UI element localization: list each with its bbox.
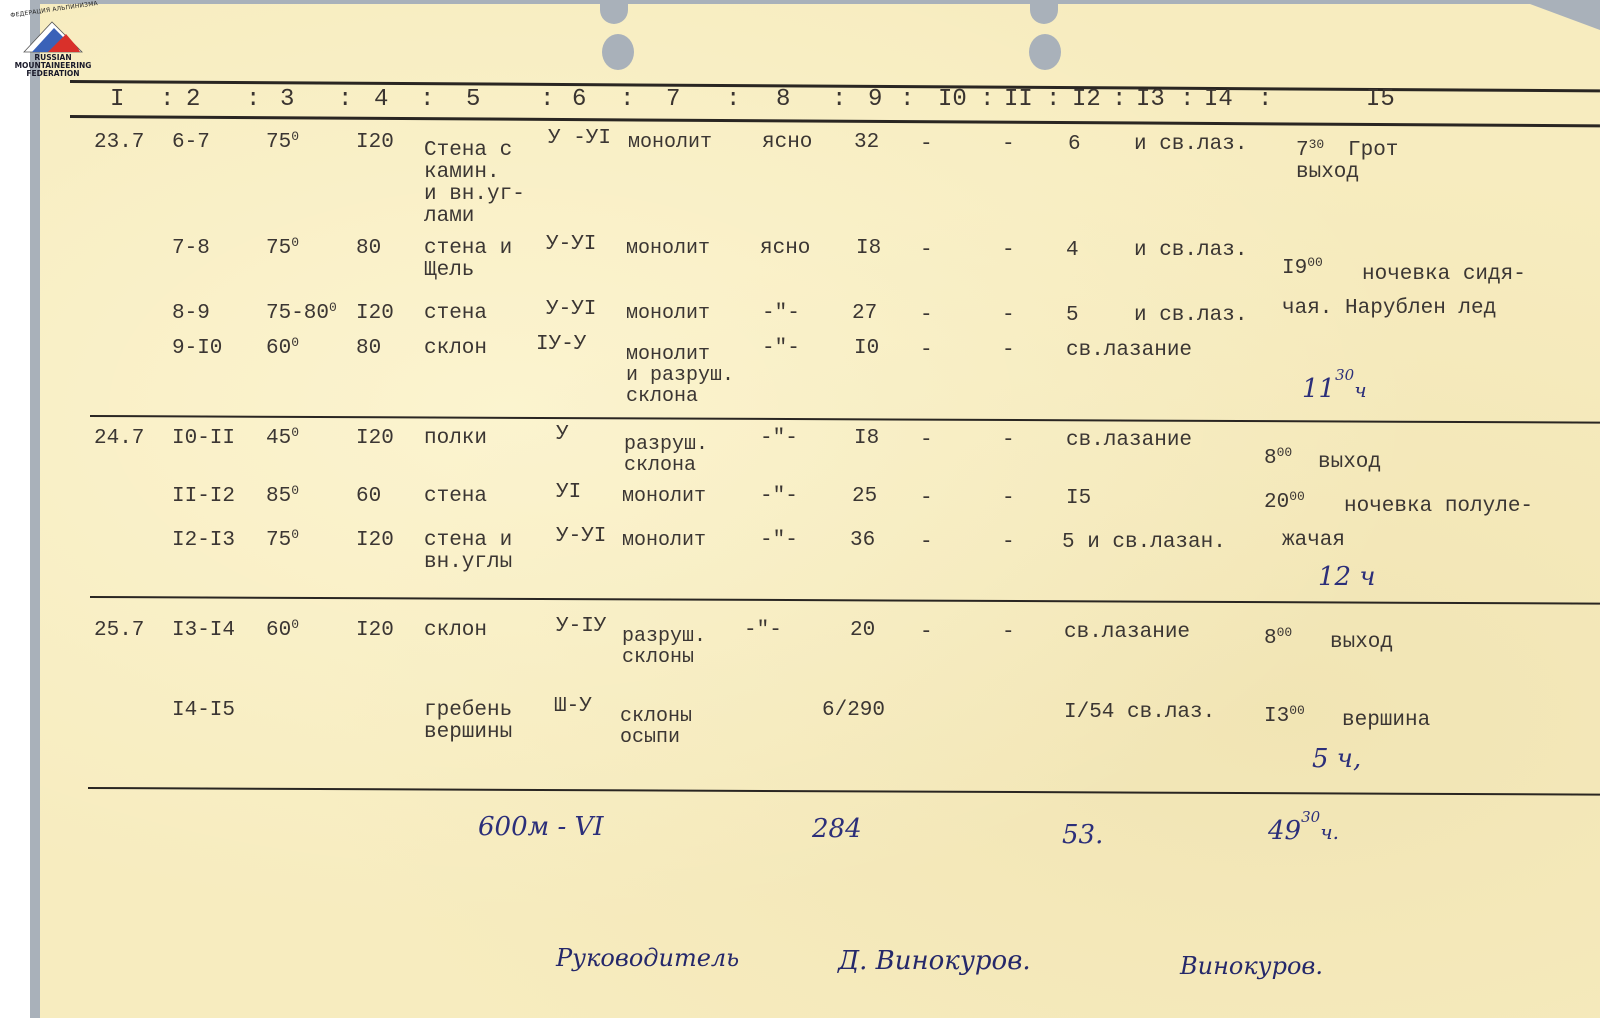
column-header-14: I4 bbox=[1204, 86, 1233, 113]
cell-pitons: 25 bbox=[852, 486, 877, 508]
cell-weather: -"- bbox=[760, 486, 798, 508]
cell-col12: 6 bbox=[1068, 134, 1081, 156]
summary-pitons: 284 bbox=[812, 814, 862, 844]
cell-notes: ночевка сидя- bbox=[1362, 264, 1526, 286]
column-separator: : bbox=[620, 86, 634, 113]
time-minutes: 00 bbox=[1277, 445, 1293, 460]
column-separator: : bbox=[1180, 86, 1194, 113]
cell-time: I300 bbox=[1264, 706, 1305, 728]
cell-section: 9-I0 bbox=[172, 338, 222, 360]
column-separator: : bbox=[338, 86, 352, 113]
cell-col11: - bbox=[1002, 488, 1015, 510]
cell-col12: св.лазание bbox=[1066, 340, 1192, 362]
cell-notes: выход bbox=[1318, 452, 1381, 474]
time-minutes: 00 bbox=[1307, 255, 1323, 270]
summary-time-base: 49 bbox=[1268, 816, 1301, 846]
cell-col10: - bbox=[920, 240, 933, 262]
cell-terrain: монолит bbox=[628, 132, 712, 153]
column-header-9: 9 bbox=[868, 86, 882, 113]
cell-length: I20 bbox=[356, 620, 394, 642]
cell-notes: ночевка полуле- bbox=[1344, 496, 1533, 518]
cell-grade: У-УI bbox=[546, 299, 596, 321]
cell-col11: - bbox=[1002, 532, 1015, 554]
hand-day1-suffix: ч bbox=[1354, 378, 1366, 402]
column-separator: : bbox=[980, 86, 994, 113]
cell-steepness: 850 bbox=[266, 486, 299, 508]
column-separator: : bbox=[246, 86, 260, 113]
cell-relief: стена и вн.углы bbox=[424, 530, 512, 574]
cell-col11: - bbox=[1002, 134, 1015, 156]
column-header-10: I0 bbox=[938, 86, 967, 113]
cell-date: 25.7 bbox=[94, 620, 144, 642]
cell-length: 80 bbox=[356, 338, 381, 360]
hand-day1-base: 11 bbox=[1302, 374, 1335, 404]
summary-time-sup: 30 bbox=[1301, 808, 1320, 826]
cell-weather: -"- bbox=[760, 530, 798, 552]
handwritten-day3-total: 5 ч, bbox=[1312, 744, 1361, 774]
cell-notes: выход bbox=[1330, 632, 1393, 654]
summary-length-grade: 600м - VI bbox=[478, 812, 604, 842]
cell-col12: I/54 св.лаз. bbox=[1064, 702, 1215, 724]
cell-section: I3-I4 bbox=[172, 620, 235, 642]
time-minutes: 00 bbox=[1289, 489, 1305, 504]
punch-hole bbox=[602, 34, 634, 70]
cell-weather: -"- bbox=[760, 428, 798, 450]
signature-name: Винокуров. bbox=[1180, 952, 1323, 980]
cell-length: I20 bbox=[356, 428, 394, 450]
cell-time: 730 bbox=[1296, 140, 1324, 162]
logo-line3: FEDERATION bbox=[4, 70, 102, 78]
cell-relief: склон bbox=[424, 338, 487, 360]
cell-terrain: разруш. склона bbox=[624, 434, 708, 476]
cell-weather: -"- bbox=[744, 620, 782, 642]
handwritten-day2-total: 12 ч bbox=[1318, 562, 1376, 592]
cell-steepness: 600 bbox=[266, 338, 299, 360]
cell-notes-cont: выход bbox=[1296, 162, 1359, 184]
cell-section: II-I2 bbox=[172, 486, 235, 508]
cell-relief: стена bbox=[424, 303, 487, 325]
column-header-1: I bbox=[110, 86, 124, 113]
cell-terrain: монолит и разруш. склона bbox=[626, 344, 734, 407]
cell-terrain: склоны осыпи bbox=[620, 706, 692, 748]
logo-text: RUSSIAN MOUNTAINEERING FEDERATION bbox=[4, 54, 102, 78]
cell-relief: Стена с камин. и вн.уг- лами bbox=[424, 140, 525, 228]
column-header-8: 8 bbox=[776, 86, 790, 113]
cell-col13: и св.лаз. bbox=[1134, 305, 1247, 327]
cell-pitons: I8 bbox=[854, 428, 879, 450]
degree-mark: 0 bbox=[291, 425, 299, 440]
cell-pitons: 32 bbox=[854, 132, 879, 154]
cell-col10: - bbox=[920, 488, 933, 510]
column-header-12: I2 bbox=[1072, 86, 1101, 113]
column-separator: : bbox=[160, 86, 174, 113]
cell-time: 2000 bbox=[1264, 492, 1305, 514]
federation-logo: ФЕДЕРАЦИЯ АЛЬПИНИЗМА РОССИИ RUSSIAN MOUN… bbox=[4, 4, 96, 82]
cell-relief: стена и Щель bbox=[424, 238, 512, 282]
cell-section: 6-7 bbox=[172, 132, 210, 154]
cell-terrain: монолит bbox=[622, 530, 706, 551]
cell-steepness: 600 bbox=[266, 620, 299, 642]
cell-col10: - bbox=[920, 532, 933, 554]
cell-grade: У-УI bbox=[556, 526, 606, 548]
cell-col10: - bbox=[920, 430, 933, 452]
punch-hole bbox=[1029, 34, 1061, 70]
cell-length: I20 bbox=[356, 132, 394, 154]
cell-col11: - bbox=[1002, 340, 1015, 362]
cell-pitons: I0 bbox=[854, 338, 879, 360]
cell-weather: -"- bbox=[762, 338, 800, 360]
column-header-5: 5 bbox=[466, 86, 480, 113]
cell-pitons: I8 bbox=[856, 238, 881, 260]
cell-notes-cont: чая. Нарублен лед bbox=[1282, 298, 1496, 320]
cell-section: 8-9 bbox=[172, 303, 210, 325]
cell-col10: - bbox=[920, 622, 933, 644]
column-separator: : bbox=[726, 86, 740, 113]
cell-col12: 4 bbox=[1066, 240, 1079, 262]
cell-col11: - bbox=[1002, 305, 1015, 327]
cell-length: I20 bbox=[356, 530, 394, 552]
cell-grade: У-УI bbox=[546, 234, 596, 256]
cell-time: 800 bbox=[1264, 448, 1292, 470]
cell-section: 7-8 bbox=[172, 238, 210, 260]
cell-col10: - bbox=[920, 134, 933, 156]
column-header-7: 7 bbox=[666, 86, 680, 113]
column-header-6: 6 bbox=[572, 86, 586, 113]
cell-col13: и св.лаз. bbox=[1134, 240, 1247, 262]
signature-role: Руководитель bbox=[556, 944, 739, 972]
cell-grade: УI bbox=[556, 482, 581, 504]
cell-pitons: 6/290 bbox=[822, 700, 885, 722]
cell-col12: св.лазание bbox=[1066, 430, 1192, 452]
column-header-13: I3 bbox=[1136, 86, 1165, 113]
cell-notes: вершина bbox=[1342, 710, 1430, 732]
column-separator: : bbox=[1112, 86, 1126, 113]
cell-col12: св.лазание bbox=[1064, 622, 1190, 644]
cell-section: I2-I3 bbox=[172, 530, 235, 552]
column-separator: : bbox=[1258, 86, 1272, 113]
cell-section: I4-I5 bbox=[172, 700, 235, 722]
column-header-2: 2 bbox=[186, 86, 200, 113]
degree-mark: 0 bbox=[291, 129, 299, 144]
degree-mark: 0 bbox=[291, 483, 299, 498]
cell-pitons: 36 bbox=[850, 530, 875, 552]
cell-terrain: монолит bbox=[626, 238, 710, 259]
cell-steepness: 450 bbox=[266, 428, 299, 450]
time-minutes: 00 bbox=[1277, 625, 1293, 640]
column-separator: : bbox=[1046, 86, 1060, 113]
cell-col10: - bbox=[920, 340, 933, 362]
cell-grade: У bbox=[556, 424, 569, 446]
cell-relief: стена bbox=[424, 486, 487, 508]
cell-col12: I5 bbox=[1066, 488, 1091, 510]
cell-pitons: 27 bbox=[852, 303, 877, 325]
degree-mark: 0 bbox=[291, 235, 299, 250]
time-minutes: 00 bbox=[1289, 703, 1305, 718]
cell-steepness: 750 bbox=[266, 238, 299, 260]
summary-time-suffix: ч. bbox=[1320, 820, 1339, 844]
cell-grade: У-IУ bbox=[556, 616, 606, 638]
degree-mark: 0 bbox=[291, 617, 299, 632]
time-minutes: 30 bbox=[1309, 137, 1325, 152]
signature-handwritten: Д. Винокуров. bbox=[838, 946, 1031, 976]
cell-steepness: 750 bbox=[266, 530, 299, 552]
cell-relief: склон bbox=[424, 620, 487, 642]
cell-col12: 5 bbox=[1066, 305, 1079, 327]
cell-grade: IУ-У bbox=[536, 334, 586, 356]
cell-notes: Грот bbox=[1348, 140, 1398, 162]
cell-time: I900 bbox=[1282, 258, 1323, 280]
cell-steepness: 75-800 bbox=[266, 303, 337, 325]
cell-col11: - bbox=[1002, 240, 1015, 262]
cell-section: I0-II bbox=[172, 428, 235, 450]
cell-weather: -"- bbox=[762, 303, 800, 325]
summary-bolts: 53. bbox=[1062, 820, 1103, 850]
cell-length: 60 bbox=[356, 486, 381, 508]
cell-col10: - bbox=[920, 305, 933, 327]
handwritten-day1-total: 1130ч bbox=[1302, 374, 1367, 404]
column-header-11: II bbox=[1004, 86, 1033, 113]
cell-weather: ясно bbox=[762, 132, 812, 154]
cell-steepness: 750 bbox=[266, 132, 299, 154]
cell-time: 800 bbox=[1264, 628, 1292, 650]
cell-relief: гребень вершины bbox=[424, 700, 512, 744]
cell-terrain: монолит bbox=[622, 486, 706, 507]
column-header-3: 3 bbox=[280, 86, 294, 113]
summary-total-time: 4930ч. bbox=[1268, 816, 1339, 846]
degree-mark: 0 bbox=[291, 527, 299, 542]
mountain-flag-icon bbox=[22, 18, 84, 54]
hand-day1-sup: 30 bbox=[1335, 366, 1354, 384]
column-separator: : bbox=[900, 86, 914, 113]
cell-date: 23.7 bbox=[94, 132, 144, 154]
column-separator: : bbox=[420, 86, 434, 113]
column-separator: : bbox=[540, 86, 554, 113]
cell-notes-cont: жачая bbox=[1282, 530, 1345, 552]
cell-date: 24.7 bbox=[94, 428, 144, 450]
column-separator: : bbox=[832, 86, 846, 113]
cell-col11: - bbox=[1002, 430, 1015, 452]
cell-pitons: 20 bbox=[850, 620, 875, 642]
cell-length: I20 bbox=[356, 303, 394, 325]
cell-col12: 5 и св.лазан. bbox=[1062, 532, 1226, 554]
degree-mark: 0 bbox=[329, 300, 337, 315]
cell-col13: и св.лаз. bbox=[1134, 134, 1247, 156]
cell-terrain: разруш. склоны bbox=[622, 626, 706, 668]
cell-grade: Ш-У bbox=[554, 696, 592, 718]
cell-grade: У -УI bbox=[548, 128, 611, 150]
cell-length: 80 bbox=[356, 238, 381, 260]
cell-weather: ясно bbox=[760, 238, 810, 260]
cell-terrain: монолит bbox=[626, 303, 710, 324]
column-header-4: 4 bbox=[374, 86, 388, 113]
column-header-15: I5 bbox=[1366, 86, 1395, 113]
cell-relief: полки bbox=[424, 428, 487, 450]
cell-col11: - bbox=[1002, 622, 1015, 644]
degree-mark: 0 bbox=[291, 335, 299, 350]
